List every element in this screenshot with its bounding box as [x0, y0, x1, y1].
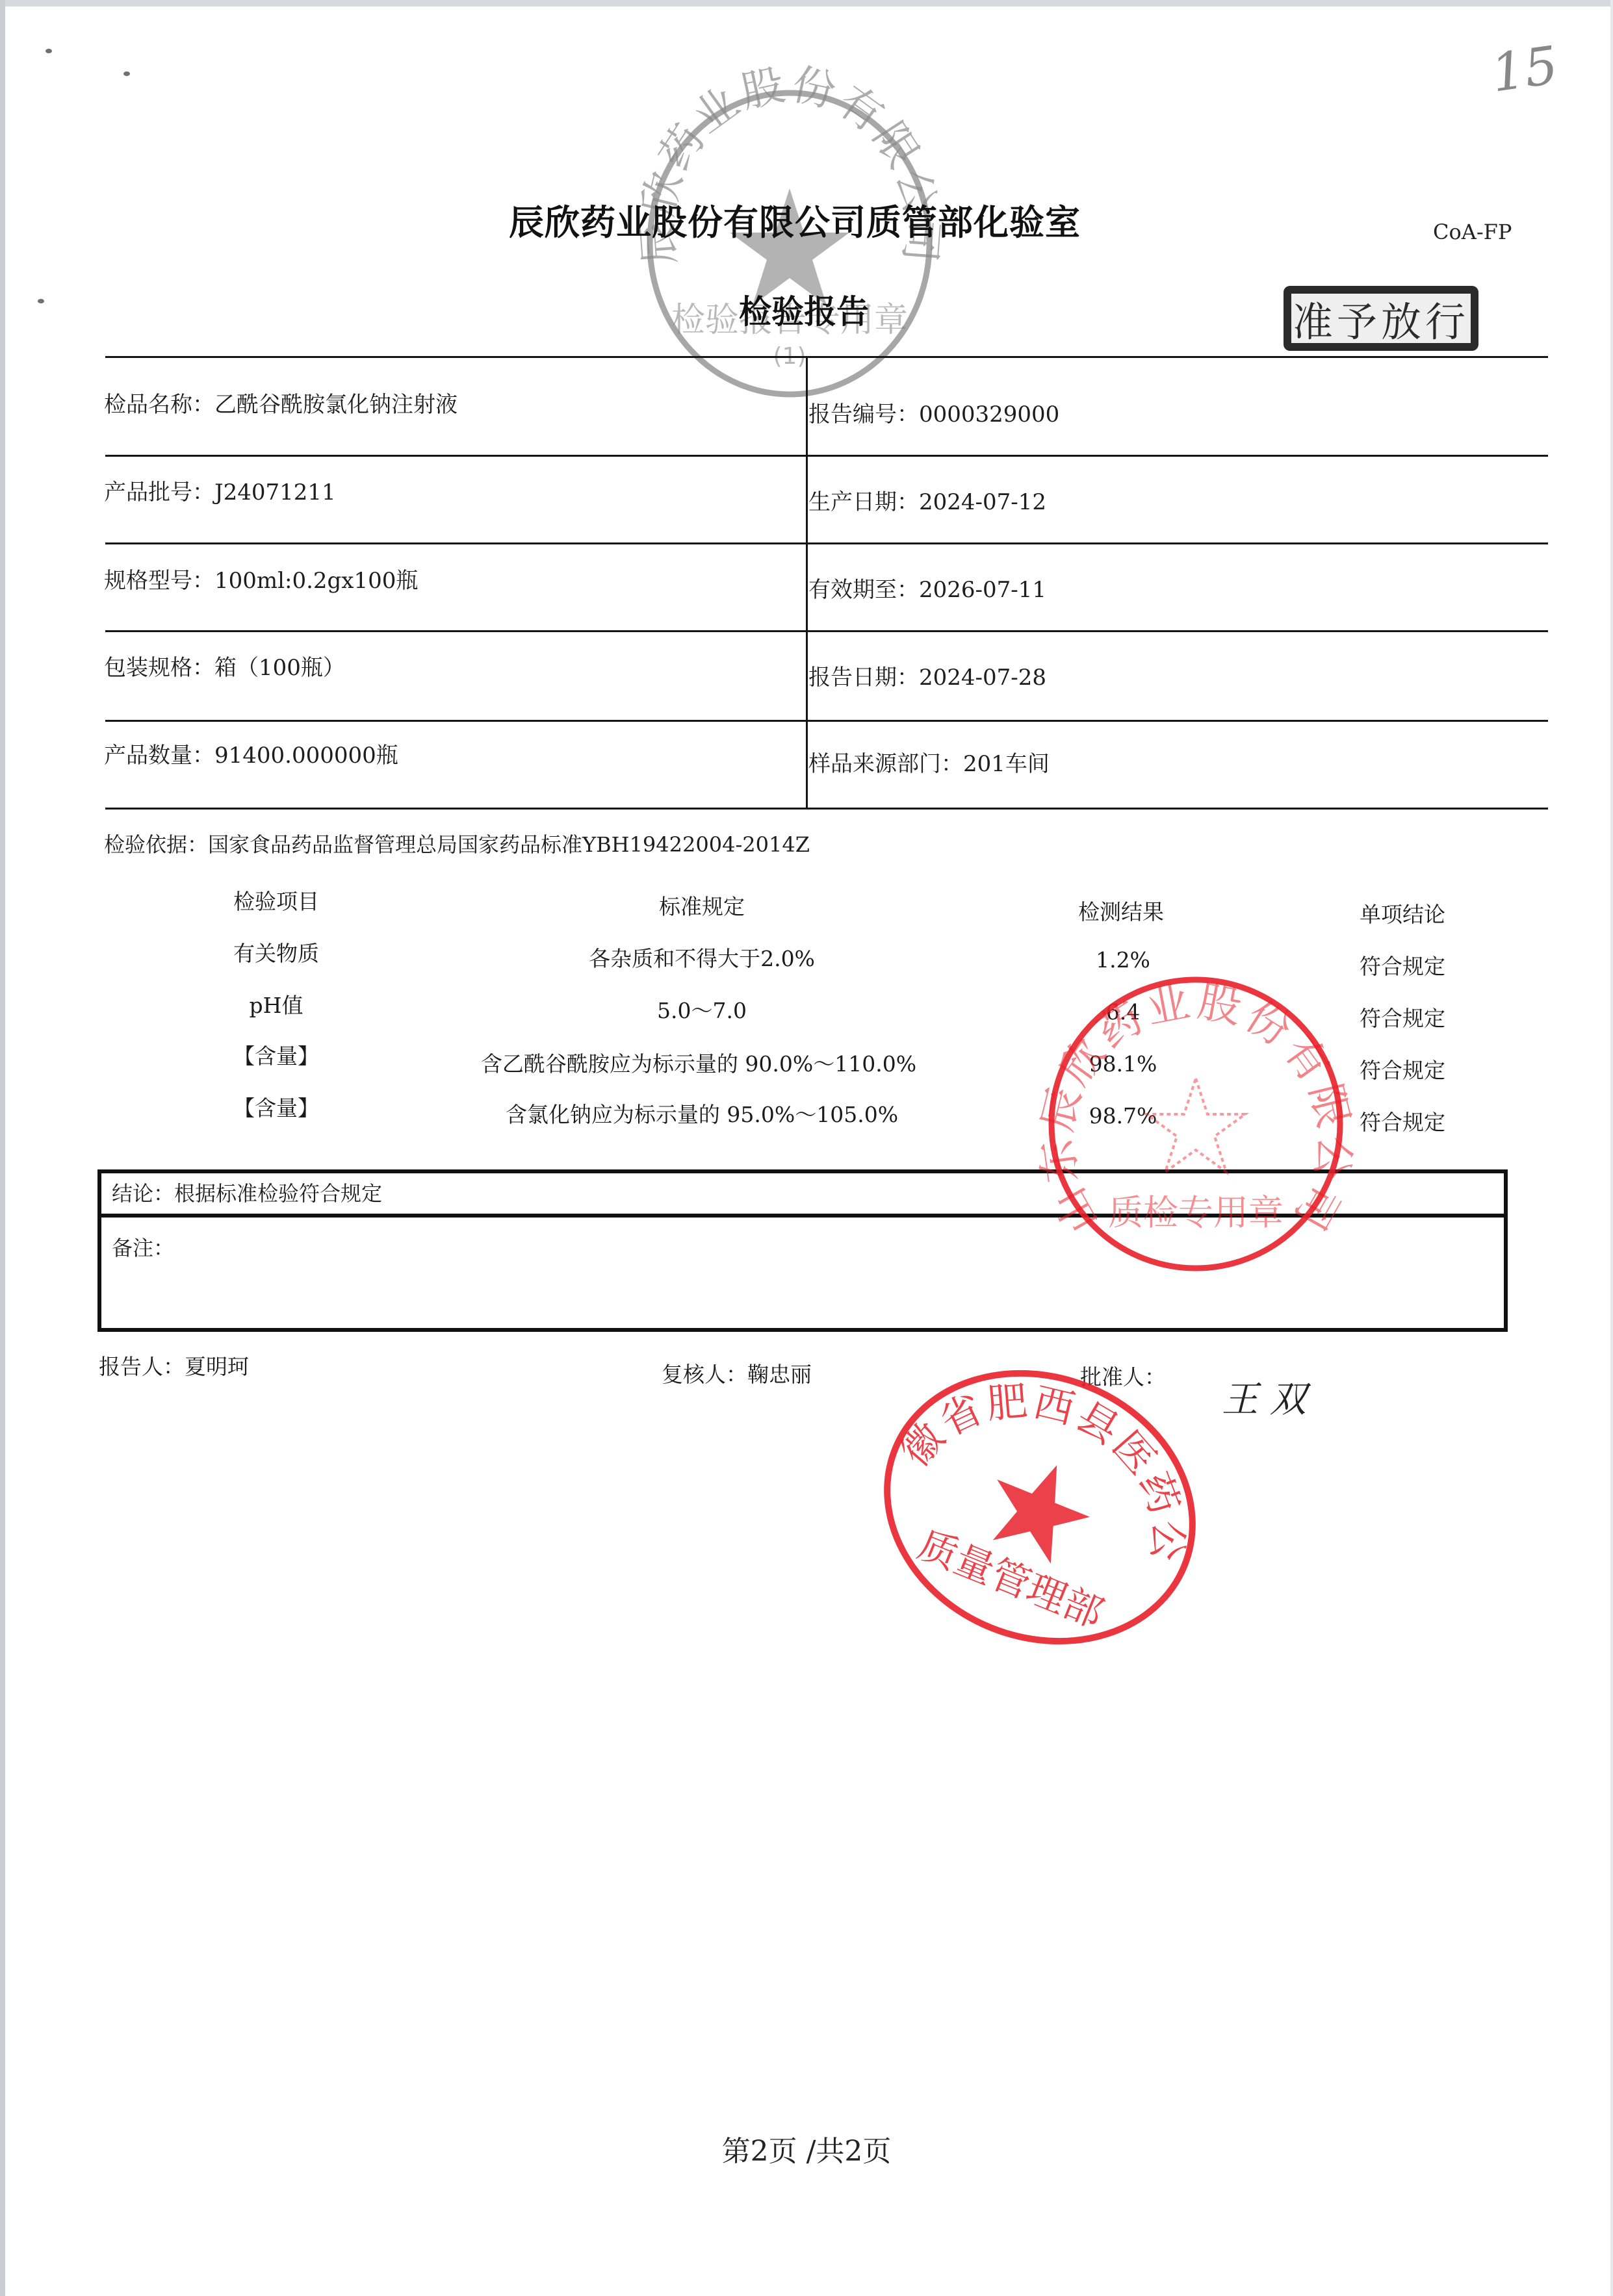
col-header-standard: 标准规定 [659, 890, 745, 921]
approver-handwritten-signature: 王 双 [1222, 1371, 1306, 1423]
info-quantity: 产品数量：91400.000000瓶 [104, 737, 398, 769]
red-distributor-seal: 安徽省肥西县医药公司 质量管理部 [871, 1364, 1209, 1650]
test-conclusion: 符合规定 [1360, 1054, 1445, 1084]
test-result: 1.2% [1096, 947, 1150, 973]
test-conclusion: 符合规定 [1360, 1002, 1445, 1032]
info-report-date: 报告日期：2024-07-28 [808, 659, 1046, 691]
test-standard: 各杂质和不得大于2.0% [589, 942, 815, 973]
info-specification: 规格型号：100ml:0.2gx100瓶 [104, 563, 418, 594]
col-header-conclusion: 单项结论 [1360, 898, 1445, 928]
handwritten-page-mark: 15 [1488, 34, 1562, 103]
release-approved-stamp: 准予放行 [1284, 286, 1478, 351]
test-standard: 5.0～7.0 [657, 994, 747, 1025]
form-code: CoA-FP [1433, 220, 1512, 244]
approver-label: 批准人： [1080, 1360, 1166, 1391]
test-item: 【含量】 [233, 1040, 319, 1070]
test-result: 6.4 [1106, 999, 1140, 1025]
scan-speck [45, 49, 52, 53]
test-standard: 含乙酰谷酰胺应为标示量的 90.0%～110.0% [481, 1047, 916, 1078]
info-production-date: 生产日期：2024-07-12 [808, 484, 1046, 516]
info-table-row-border [105, 630, 1548, 632]
test-item: 有关物质 [233, 937, 319, 967]
info-table-row-border [105, 542, 1548, 544]
test-result: 98.1% [1089, 1051, 1157, 1077]
info-table-row-border [105, 455, 1548, 457]
info-sample-source: 样品来源部门：201车间 [808, 746, 1050, 778]
remarks: 备注： [112, 1232, 174, 1262]
test-result: 98.7% [1089, 1103, 1157, 1129]
scan-edge-right [1610, 0, 1613, 2296]
info-report-number: 报告编号：0000329000 [808, 396, 1059, 428]
info-table-bottom-border [105, 808, 1548, 810]
test-conclusion: 符合规定 [1360, 950, 1445, 980]
test-conclusion: 符合规定 [1360, 1106, 1445, 1136]
test-standard: 含氯化钠应为标示量的 95.0%～105.0% [506, 1098, 898, 1129]
test-basis: 检验依据：国家食品药品监督管理总局国家药品标准YBH19422004-2014Z [104, 828, 810, 858]
info-expiry-date: 有效期至：2026-07-11 [808, 572, 1046, 604]
info-table-top-border [105, 356, 1548, 358]
page-number: 第2页 /共2页 [0, 2128, 1613, 2169]
info-product-name: 检品名称：乙酰谷酰胺氯化钠注射液 [104, 387, 458, 418]
reporter: 报告人：夏明珂 [99, 1350, 249, 1381]
info-packaging: 包装规格：箱（100瓶） [104, 650, 345, 682]
conclusion-divider [97, 1214, 1508, 1218]
info-batch-number: 产品批号：J24071211 [104, 474, 336, 506]
info-table-row-border [105, 720, 1548, 722]
scan-edge-top [0, 0, 1613, 6]
scan-speck [123, 71, 130, 76]
svg-text:质量管理部: 质量管理部 [912, 1522, 1109, 1637]
col-header-item: 检验项目 [233, 885, 319, 915]
conclusion: 结论：根据标准检验符合规定 [112, 1177, 382, 1207]
col-header-result: 检测结果 [1078, 895, 1164, 926]
company-lab-title: 辰欣药业股份有限公司质管部化验室 [0, 195, 1613, 245]
reviewer: 复核人：鞠忠丽 [662, 1358, 812, 1388]
test-item: 【含量】 [233, 1091, 319, 1122]
info-table-divider [806, 356, 808, 808]
scan-edge-left [0, 0, 5, 2296]
test-item: pH值 [250, 989, 303, 1019]
